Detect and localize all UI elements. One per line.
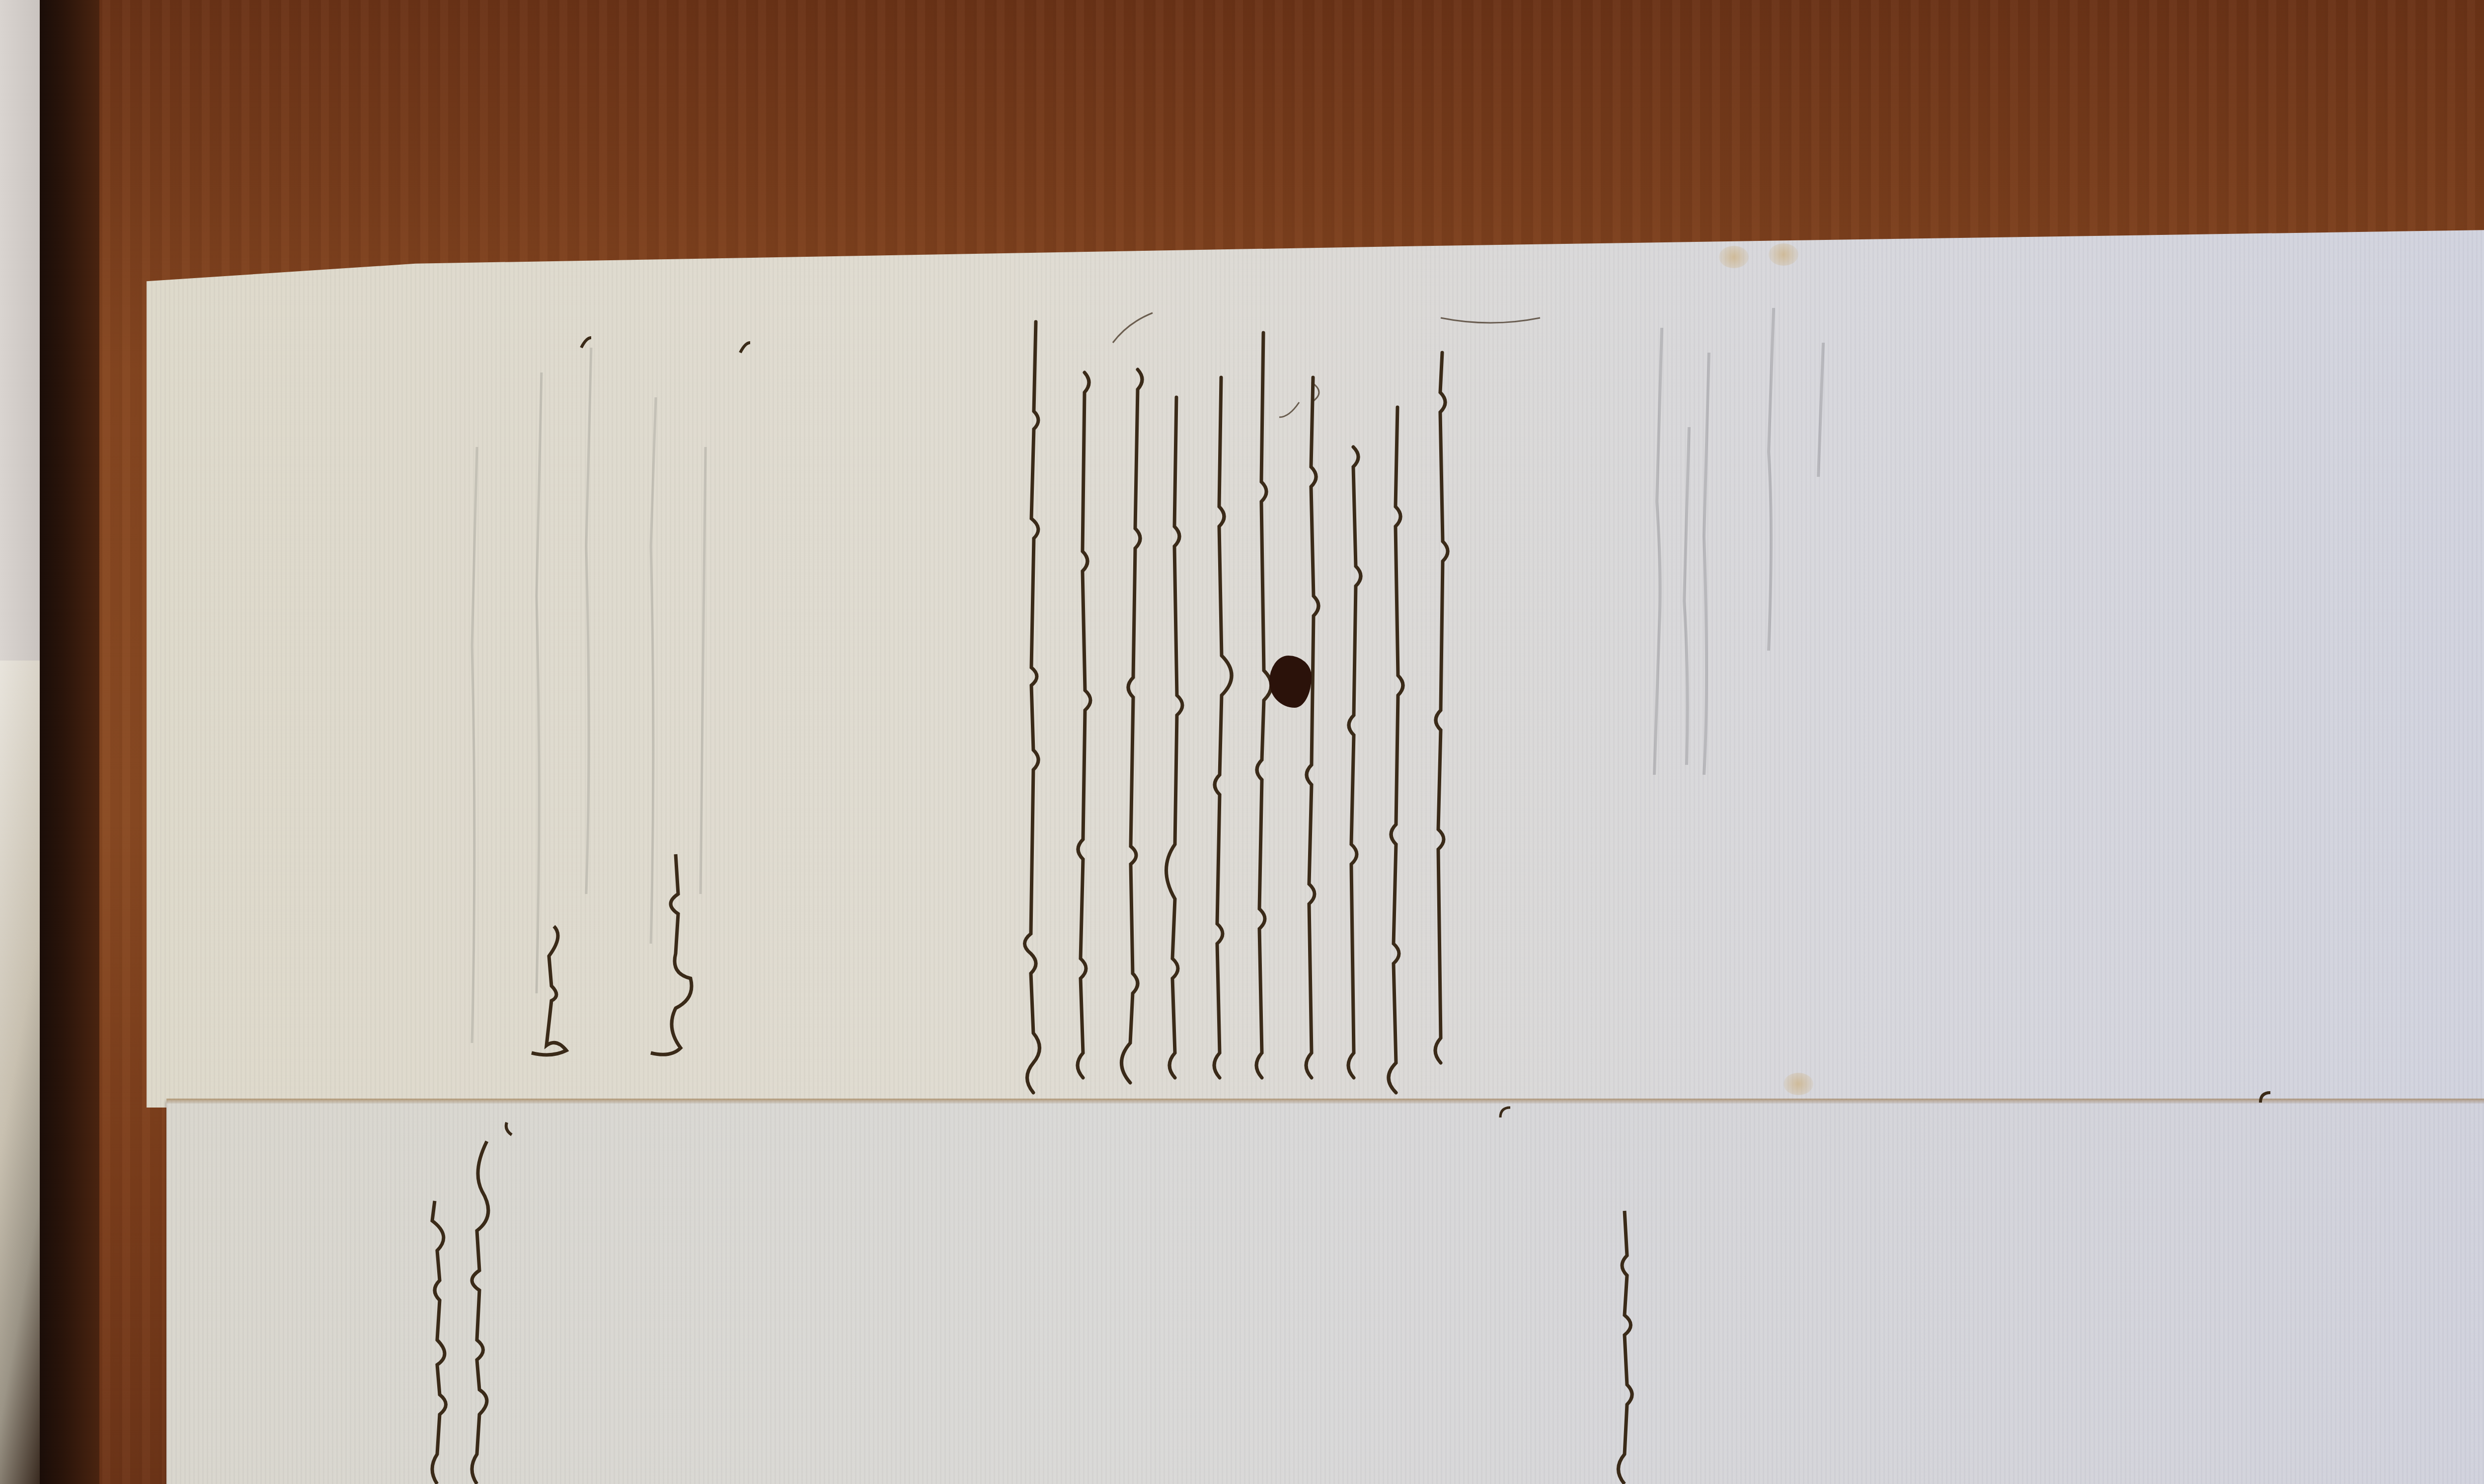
foxing-stain [1769, 243, 1798, 266]
tick-mark [735, 338, 755, 358]
show-through-text [1639, 278, 1987, 775]
annotation-word-1 [527, 894, 576, 1058]
tick-mark [1495, 1103, 1515, 1122]
white-object-left-edge [0, 0, 40, 661]
foxing-stain [1719, 246, 1749, 268]
manuscript-lower-leaf [166, 1100, 2484, 1484]
foxing-stain [1784, 1073, 1813, 1095]
annotation-word-2 [641, 844, 700, 1058]
tick-mark [576, 333, 596, 353]
main-handwritten-text [1004, 303, 1600, 1108]
manuscript-photo: Handwritten manuscript (two folded leave… [0, 0, 2484, 1484]
show-through-text-left [422, 298, 770, 1043]
lower-leaf-text-right [1610, 1207, 1649, 1484]
lower-leaf-text-left [407, 1103, 507, 1484]
tick-mark [2255, 1088, 2275, 1108]
dark-shadow-band [40, 0, 99, 1484]
